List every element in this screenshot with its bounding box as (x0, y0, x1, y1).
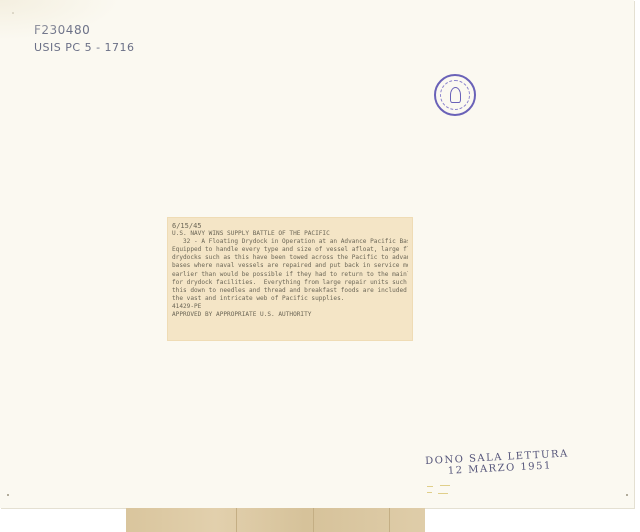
caption-approval: APPROVED BY APPROPRIATE U.S. AUTHORITY (172, 311, 408, 319)
paper-speck (12, 12, 14, 14)
handwritten-reference: USIS PC 5 - 1716 (34, 41, 135, 54)
photo-back-sheet: F230480 USIS PC 5 - 1716 6/15/45 U.S. NA… (0, 0, 634, 508)
ink-smudge (438, 493, 448, 494)
caption-line: drydocks such as this have been towed ac… (172, 254, 408, 262)
strip-fold (389, 508, 390, 532)
seal-emblem-icon (450, 87, 461, 103)
caption-line: this down to needles and thread and brea… (172, 287, 408, 295)
caption-photo-id: 41429-PE (172, 303, 408, 311)
caption-line: Equipped to handle every type and size o… (172, 246, 408, 254)
caption-headline: U.S. NAVY WINS SUPPLY BATTLE OF THE PACI… (172, 230, 408, 238)
caption-line: earlier than would be possible if they h… (172, 271, 408, 279)
ink-smudge (427, 486, 433, 487)
caption-line: 32 - A Floating Drydock in Operation at … (172, 238, 408, 246)
ink-seal-stamp (434, 74, 476, 116)
paper-speck (626, 494, 628, 496)
ink-smudge (440, 485, 450, 486)
mounting-paper-strip (126, 508, 425, 532)
caption-label: 6/15/45 U.S. NAVY WINS SUPPLY BATTLE OF … (167, 217, 413, 341)
donation-stamp: DONO SALA LETTURA 12 MARZO 1951 (425, 448, 570, 477)
caption-line: for drydock facilities. Everything from … (172, 279, 408, 287)
caption-date: 6/15/45 (172, 222, 408, 230)
caption-line: bases where naval vessels are repaired a… (172, 262, 408, 270)
handwritten-catalog-number: F230480 (34, 23, 90, 37)
caption-line: the vast and intricate web of Pacific su… (172, 295, 408, 303)
paper-speck (7, 494, 9, 496)
ink-smudge (427, 492, 432, 493)
strip-fold (236, 508, 237, 532)
strip-fold (313, 508, 314, 532)
